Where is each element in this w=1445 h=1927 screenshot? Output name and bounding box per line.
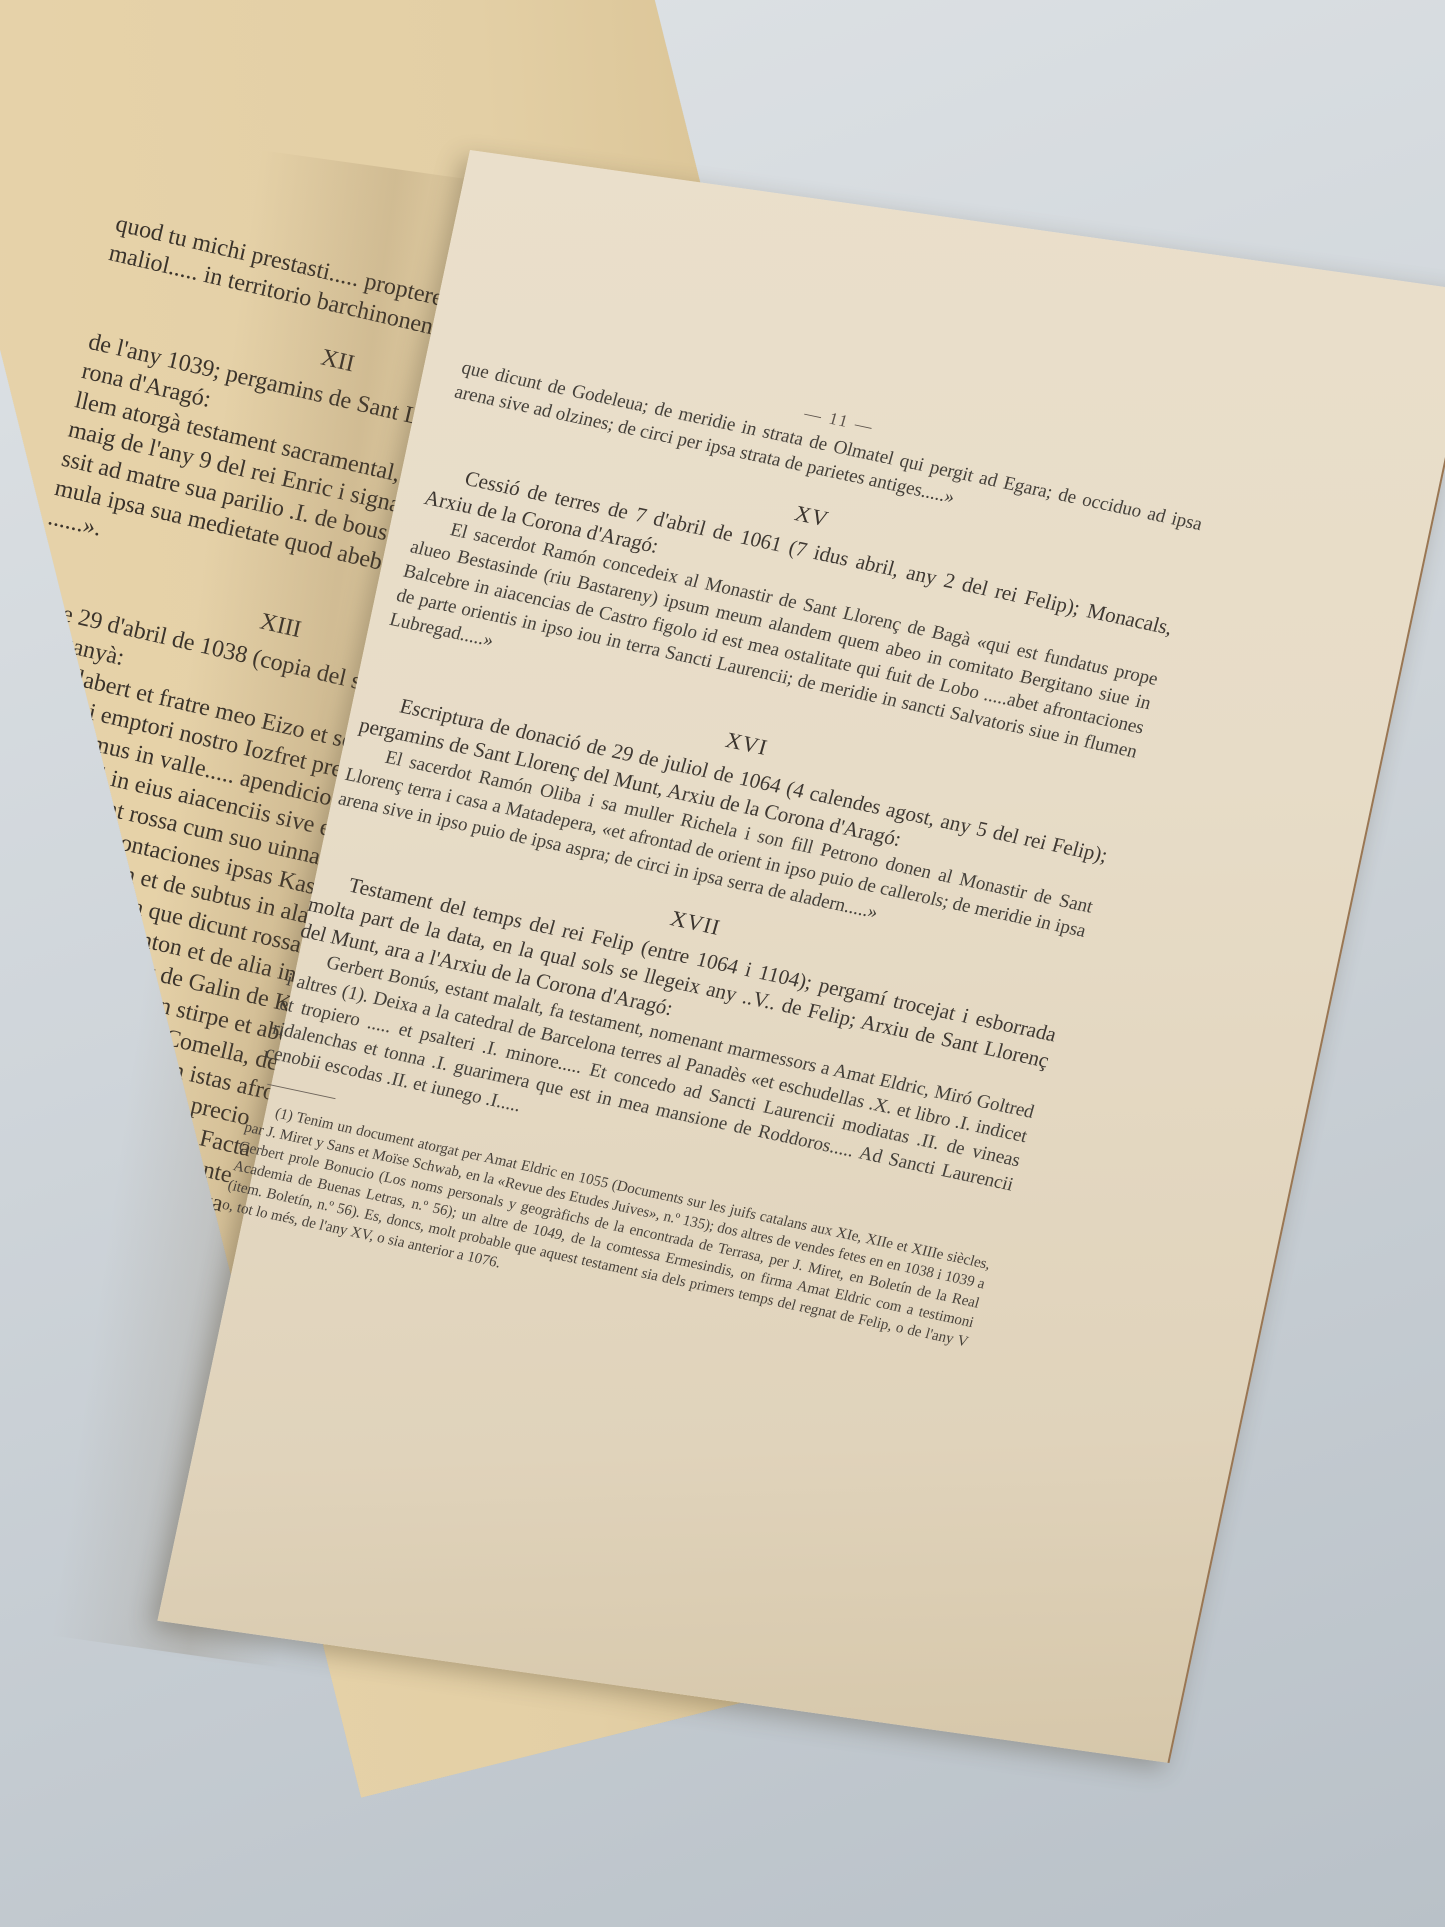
book-photo: quod tu michi prestasti..... propterea i…: [0, 0, 1445, 1927]
footnote-divider: [267, 1084, 335, 1099]
